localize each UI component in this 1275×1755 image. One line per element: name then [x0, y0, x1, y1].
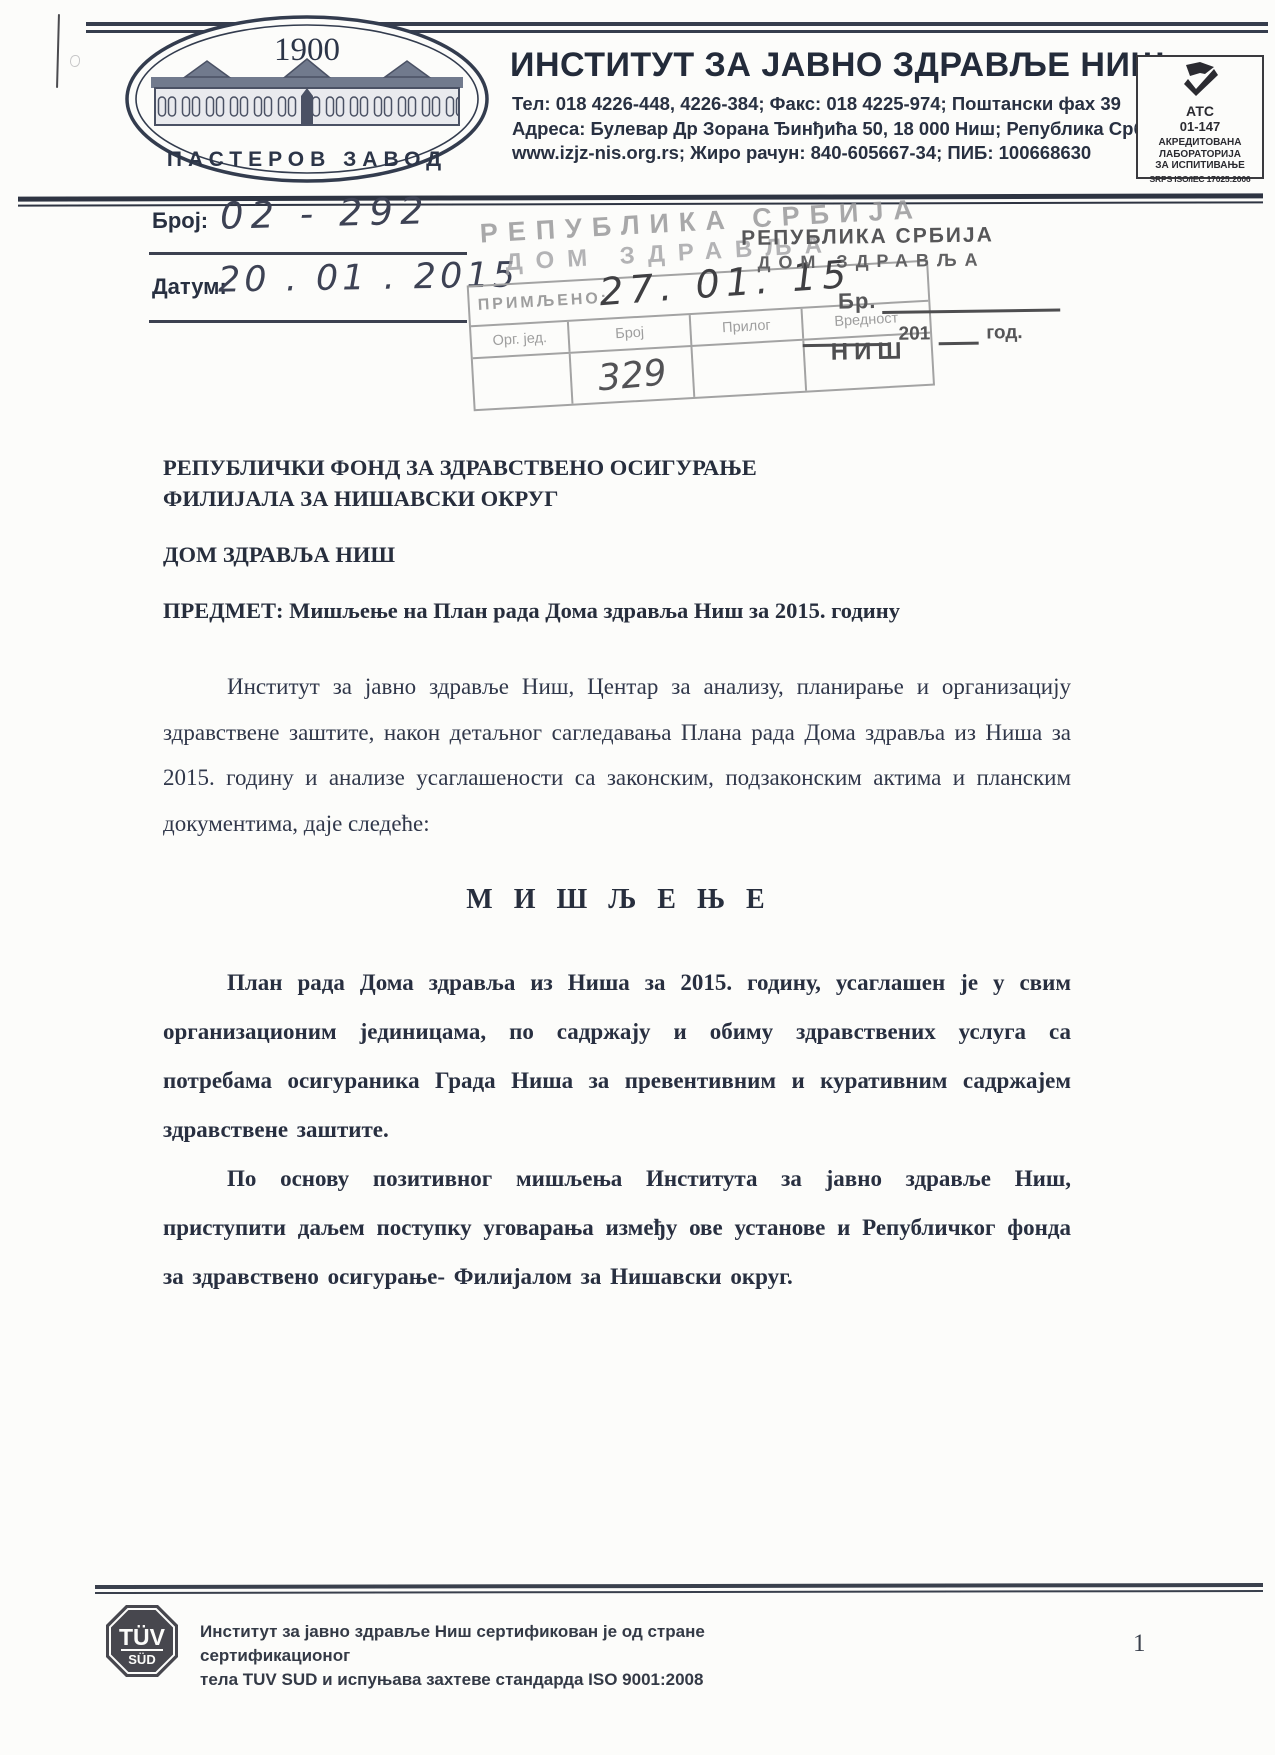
registry-number-blank: [883, 308, 1061, 313]
number-label: Број:: [152, 208, 208, 234]
intro-paragraph: Институт за јавно здравље Ниш, Центар за…: [163, 664, 1071, 846]
date-label: Датум:: [152, 274, 227, 300]
received-entry-number-handwritten: 329: [596, 352, 668, 399]
received-cell-org-unit: [473, 354, 574, 409]
received-col-org-unit: Орг. јед.: [471, 322, 571, 357]
certification-text: Институт за јавно здравље Ниш сертификов…: [200, 1620, 780, 1692]
number-underline: [149, 252, 467, 255]
tuv-logo-text-top: TÜV: [119, 1624, 166, 1650]
header-bottom-rule: [18, 193, 1263, 206]
accreditation-line2: ЛАБОРАТОРИЈА: [1155, 149, 1245, 161]
recipient-line2: ФИЛИЈАЛА ЗА НИШАВСКИ ОКРУГ: [163, 483, 1071, 514]
scan-artifact-line: [56, 14, 60, 88]
recipient-line3: ДОМ ЗДРАВЉА НИШ: [163, 539, 1071, 570]
opinion-paragraph-1: План рада Дома здравља из Ниша за 2015. …: [163, 958, 1071, 1154]
letter-body: РЕПУБЛИЧКИ ФОНД ЗА ЗДРАВСТВЕНО ОСИГУРАЊЕ…: [163, 452, 1071, 1301]
certification-line2: тела TUV SUD и испуњава захтеве стандард…: [200, 1668, 780, 1692]
page-number: 1: [1133, 1630, 1146, 1658]
accreditation-standard: SRPS ISO/IEC 17025:2006: [1150, 174, 1251, 184]
footer-rule: [95, 1583, 1263, 1594]
registry-year-blank-right: [938, 342, 978, 346]
contact-phone-line: Тел: 018 4226-448, 4226-384; Факс: 018 4…: [512, 92, 1172, 117]
scan-artifact-smudge: [70, 55, 80, 67]
registry-stamp-org-line2: ДОМ ЗДРАВЉА: [757, 247, 1161, 274]
received-label: ПРИМЉЕНО:: [477, 290, 609, 315]
accreditation-org: АТС: [1186, 103, 1214, 119]
contact-web-line: www.izjz-nis.org.rs; Жиро рачун: 840-605…: [512, 141, 1172, 166]
contact-address-line: Адреса: Булевар Др Зорана Ђинђића 50, 18…: [512, 117, 1172, 142]
accreditation-number: 01-147: [1180, 119, 1220, 134]
registry-year-suffix: год.: [986, 322, 1023, 345]
logo-building-illustration: [151, 59, 463, 125]
registry-stamp: РЕПУБЛИКА СРБИЈА ДОМ ЗДРАВЉА Бр. 201 год…: [741, 221, 1163, 368]
date-underline: [149, 320, 467, 323]
registry-stamp-org-line1: РЕПУБЛИКА СРБИЈА: [741, 221, 1161, 251]
logo-caption: ПАСТЕРОВ ЗАВОД: [167, 148, 447, 171]
registry-number-label: Бр.: [838, 288, 877, 315]
accreditation-box: АТС 01-147 АКРЕДИТОВАНА ЛАБОРАТОРИЈА ЗА …: [1136, 55, 1264, 179]
institute-logo: 1900 ПАСТЕРОВ ЗАВОД: [123, 14, 491, 189]
number-value-handwritten: 02 - 292: [219, 189, 431, 237]
subject-line: ПРЕДМЕТ: Мишљење на План рада Дома здрав…: [163, 598, 1071, 624]
certification-line1: Институт за јавно здравље Ниш сертификов…: [200, 1620, 780, 1668]
opinion-paragraph-2: По основу позитивног мишљења Института з…: [163, 1154, 1071, 1301]
tuv-sud-logo: TÜV SÜD: [103, 1602, 181, 1685]
accreditation-checkmark-icon: [1180, 61, 1220, 102]
recipient-line1: РЕПУБЛИЧКИ ФОНД ЗА ЗДРАВСТВЕНО ОСИГУРАЊЕ: [163, 452, 1071, 483]
institute-title: ИНСТИТУТ ЗА ЈАВНО ЗДРАВЉЕ НИШ: [510, 46, 1165, 85]
accreditation-line1: АКРЕДИТОВАНА: [1155, 137, 1245, 149]
scanned-letter-page: 1900 ПАСТЕРОВ ЗАВОД ИНСТИТУТ ЗА ЈАВНО: [0, 0, 1275, 1755]
tuv-logo-text-bottom: SÜD: [128, 1652, 155, 1667]
opinion-heading: М И Ш Љ Е Њ Е: [163, 884, 1071, 916]
accreditation-line3: ЗА ИСПИТИВАЊЕ: [1155, 160, 1245, 172]
institute-contacts: Тел: 018 4226-448, 4226-384; Факс: 018 4…: [512, 92, 1172, 166]
